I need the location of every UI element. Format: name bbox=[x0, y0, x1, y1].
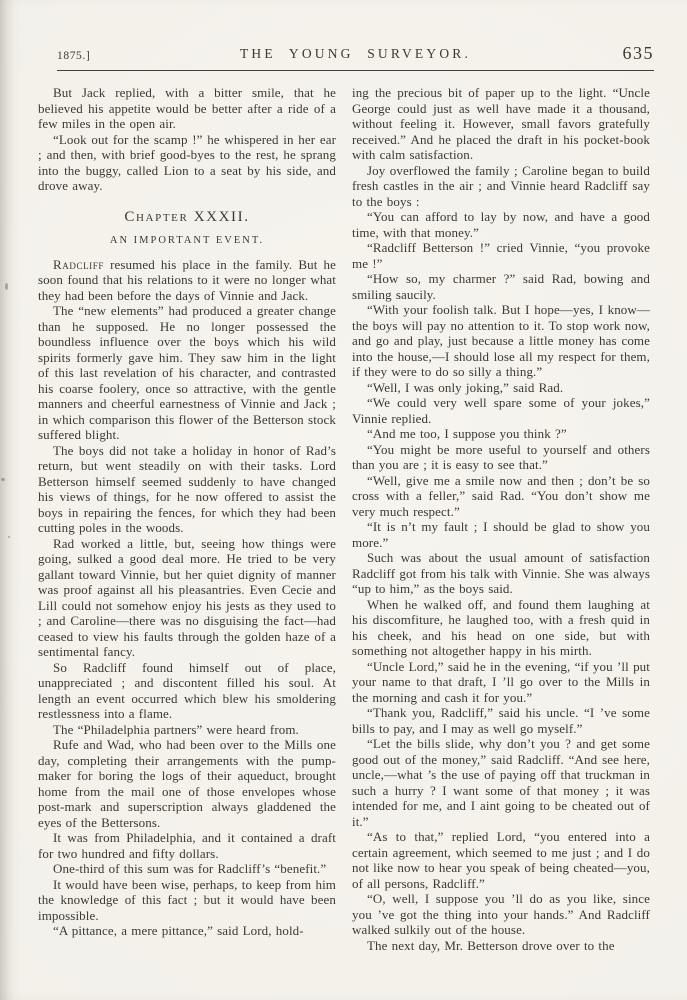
left-column: But Jack replied, with a bitter smile, t… bbox=[38, 85, 336, 953]
scan-speck bbox=[5, 283, 8, 290]
paragraph: “A pittance, a mere pittance,” said Lord… bbox=[38, 923, 336, 939]
scan-speck bbox=[8, 536, 10, 538]
paragraph: “You might be more useful to yourself an… bbox=[352, 442, 650, 473]
header-page-number: 635 bbox=[623, 43, 655, 64]
page-header: 1875.] THE YOUNG SURVEYOR. 635 bbox=[57, 38, 654, 64]
paragraph: ing the precious bit of paper up to the … bbox=[352, 85, 650, 163]
paragraph: The “new elements” had produced a greate… bbox=[38, 303, 336, 443]
paragraph: “And me too, I suppose you think ?” bbox=[352, 426, 650, 442]
scan-speck bbox=[1, 478, 5, 481]
paragraph: “Thank you, Radcliff,” said his uncle. “… bbox=[352, 705, 650, 736]
paragraph: So Radcliff found himself out of place, … bbox=[38, 660, 336, 722]
paragraph: “As to that,” replied Lord, “you entered… bbox=[352, 829, 650, 891]
header-title: THE YOUNG SURVEYOR. bbox=[57, 46, 654, 62]
text-columns: But Jack replied, with a bitter smile, t… bbox=[38, 85, 650, 953]
paragraph: Such was about the usual amount of satis… bbox=[352, 550, 650, 597]
lead-smallcaps: Radcliff bbox=[53, 257, 104, 272]
paragraph: Rufe and Wad, who had been over to the M… bbox=[38, 737, 336, 830]
paragraph: But Jack replied, with a bitter smile, t… bbox=[38, 85, 336, 132]
paragraph: “How so, my charmer ?” said Rad, bowing … bbox=[352, 271, 650, 302]
paragraph: “Look out for the scamp !” he whispered … bbox=[38, 132, 336, 194]
paragraph: “Well, give me a smile now and then ; do… bbox=[352, 473, 650, 520]
paragraph: Joy overflowed the family ; Caroline beg… bbox=[352, 163, 650, 210]
chapter-subtitle: AN IMPORTANT EVENT. bbox=[38, 235, 336, 246]
paragraph: “Uncle Lord,” said he in the evening, “i… bbox=[352, 659, 650, 706]
right-column: ing the precious bit of paper up to the … bbox=[352, 85, 650, 953]
paragraph: “With your foolish talk. But I hope—yes,… bbox=[352, 302, 650, 380]
paragraph: “Let the bills slide, why don’t you ? an… bbox=[352, 736, 650, 829]
paragraph: It was from Philadelphia, and it contain… bbox=[38, 830, 336, 861]
chapter-heading: Chapter XXXII. bbox=[38, 209, 336, 226]
paragraph: The “Philadelphia partners” were heard f… bbox=[38, 722, 336, 738]
paragraph: The boys did not take a holiday in honor… bbox=[38, 443, 336, 536]
header-rule bbox=[57, 70, 654, 71]
book-page: 1875.] THE YOUNG SURVEYOR. 635 But Jack … bbox=[0, 0, 687, 1000]
paragraph: “We could very well spare some of your j… bbox=[352, 395, 650, 426]
paragraph: Radcliff resumed his place in the family… bbox=[38, 257, 336, 304]
paragraph: “You can afford to lay by now, and have … bbox=[352, 209, 650, 240]
paragraph: One-third of this sum was for Radcliff’s… bbox=[38, 861, 336, 877]
paragraph: “Radcliff Betterson !” cried Vinnie, “yo… bbox=[352, 240, 650, 271]
paragraph: It would have been wise, perhaps, to kee… bbox=[38, 877, 336, 924]
paragraph: “Well, I was only joking,” said Rad. bbox=[352, 380, 650, 396]
paragraph: When he walked off, and found them laugh… bbox=[352, 597, 650, 659]
paragraph: “O, well, I suppose you ’ll do as you li… bbox=[352, 891, 650, 938]
paragraph: “It is n’t my fault ; I should be glad t… bbox=[352, 519, 650, 550]
paragraph: The next day, Mr. Betterson drove over t… bbox=[352, 938, 650, 954]
paragraph: Rad worked a little, but, seeing how thi… bbox=[38, 536, 336, 660]
